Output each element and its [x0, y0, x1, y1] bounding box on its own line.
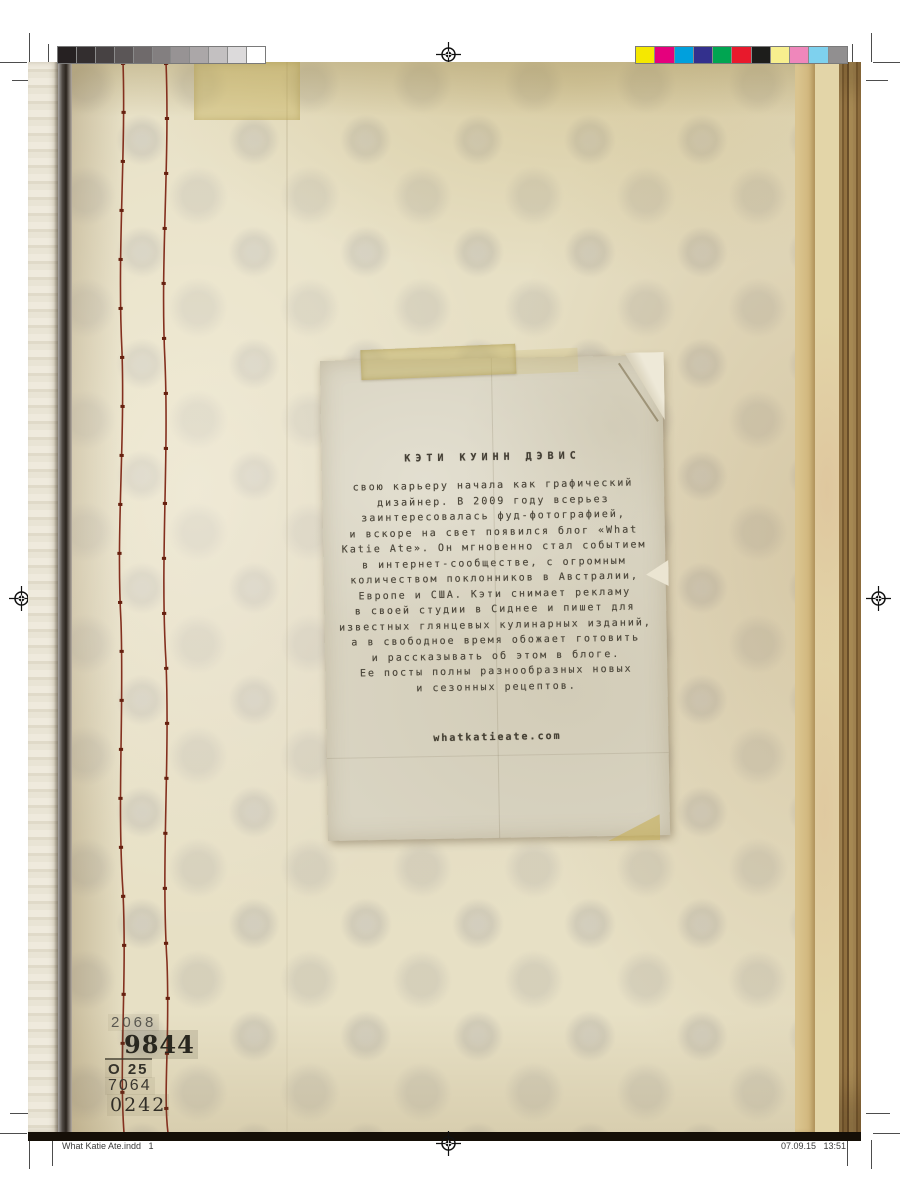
tape-corner — [608, 814, 660, 841]
document-filename-slug: What Katie Ate.indd 1 — [62, 1141, 154, 1151]
color-swatch — [153, 47, 172, 63]
registration-mark-bottom — [436, 1131, 461, 1156]
color-swatch — [77, 47, 96, 63]
registration-mark-right — [866, 586, 891, 611]
page-margin-strip — [815, 62, 839, 1133]
color-swatch — [829, 47, 847, 63]
color-swatch — [115, 47, 134, 63]
color-swatch — [675, 47, 694, 63]
red-stitching-threads — [98, 62, 198, 1133]
color-swatch — [790, 47, 809, 63]
stamp-number: О 25 — [105, 1058, 152, 1078]
page-crease — [286, 62, 288, 1133]
print-proof-page: КЭТИ КУИНН ДЭВИС свою карьеру начала как… — [0, 0, 900, 1200]
book-page-edges — [795, 62, 861, 1133]
color-swatch — [636, 47, 655, 63]
book-scan: КЭТИ КУИНН ДЭВИС свою карьеру начала как… — [28, 62, 861, 1133]
color-swatch — [694, 47, 713, 63]
stamp-number: 7064 — [105, 1077, 155, 1095]
color-swatch — [209, 47, 228, 63]
timestamp-slug: 07.09.15 13:51 — [760, 1141, 846, 1151]
page-curve — [795, 62, 815, 1133]
color-swatch — [752, 47, 771, 63]
color-swatch — [171, 47, 190, 63]
grayscale-calibration-bar — [57, 46, 266, 64]
color-swatch — [771, 47, 790, 63]
color-swatch — [247, 47, 265, 63]
endpaper-page: КЭТИ КУИНН ДЭВИС свою карьеру начала как… — [72, 62, 796, 1133]
color-swatch — [134, 47, 153, 63]
library-stamps: 2068 9844 О 25 7064 0242 — [90, 1012, 220, 1132]
tape-strip-icon — [515, 348, 578, 375]
color-swatch — [713, 47, 732, 63]
color-swatch — [809, 47, 828, 63]
color-swatch — [228, 47, 247, 63]
color-swatch — [732, 47, 751, 63]
stamp-number: 0242 — [107, 1094, 169, 1116]
stamp-number: 2068 — [108, 1014, 159, 1031]
page-edge-stack — [839, 62, 861, 1133]
stamp-number: 9844 — [121, 1030, 198, 1059]
tape-remnant-top-left — [194, 62, 300, 120]
color-calibration-bar — [635, 46, 848, 64]
color-swatch — [96, 47, 115, 63]
color-swatch — [58, 47, 77, 63]
color-swatch — [190, 47, 209, 63]
typed-note-paper: КЭТИ КУИНН ДЭВИС свою карьеру начала как… — [320, 355, 670, 841]
color-swatch — [655, 47, 674, 63]
